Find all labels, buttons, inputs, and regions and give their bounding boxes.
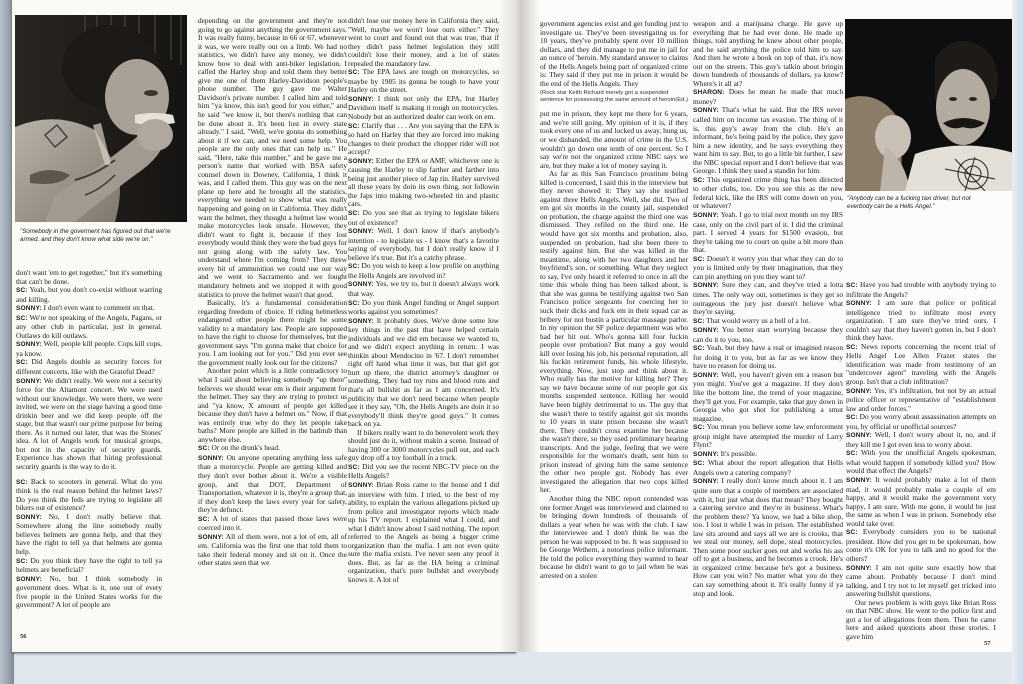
dialogue-paragraph: SONNY: Brian Ross came to the house and … (348, 481, 499, 585)
paragraph-text: As far as this San Francisco prostitute … (540, 169, 688, 494)
paragraph-text: Or on the drunk's head. (210, 443, 280, 452)
paragraph-text: That's what he said. But the IRS never c… (693, 105, 843, 175)
speaker-label: SONNY: (348, 158, 374, 165)
speaker-label: SONNY: (198, 534, 224, 541)
photo-mustache-man (845, 19, 1017, 191)
paragraph: don't want 'em to get together," but it'… (16, 269, 162, 286)
speaker-label: SONNY: (846, 477, 872, 484)
editor-note: (Rock star Keith Richard merely got a su… (540, 90, 688, 104)
speaker-label: SC: (348, 69, 360, 76)
dialogue-paragraph: SC: Have you had trouble with anybody tr… (846, 281, 996, 299)
speaker-label: SONNY: (693, 327, 719, 334)
speaker-label: SC: (846, 529, 858, 536)
paragraph: weapon and a marijuana charge. He gave u… (693, 20, 843, 88)
speaker-label: SC: (198, 445, 210, 452)
speaker-label: SC: (348, 210, 360, 217)
page-number-right: 57 (984, 640, 991, 647)
speaker-label: SC: (846, 282, 858, 289)
photo-caption-left: "Somebody in the goverment has figured o… (20, 228, 190, 243)
paragraph-text: What about the report allegation that He… (693, 458, 843, 477)
speaker-label: SC: (846, 414, 858, 421)
speaker-label: SC: (693, 460, 705, 467)
photo-tattooed-man (15, 15, 187, 222)
paragraph-text: Doesn't it worry you that what they can … (693, 254, 843, 281)
dialogue-paragraph: SONNY: No, I don't really believe that. … (16, 513, 162, 557)
paragraph-text: Yeah, but you don't co-exist without war… (16, 285, 162, 304)
dialogue-paragraph: SC: The EPA laws are tough on motorcycle… (348, 68, 499, 95)
dialogue-paragraph: SC: Did Angels double as security forces… (16, 358, 162, 376)
dialogue-paragraph: SONNY: We didn't really. We were not a s… (16, 377, 162, 472)
paragraph-text: Clarify that . . . Are you saying that t… (348, 121, 499, 157)
dialogue-paragraph: SONNY: You better start worrying because… (693, 326, 843, 344)
dialogue-paragraph: SONNY: Well, people kill people. Cops ki… (16, 340, 162, 358)
speaker-label: SONNY: (348, 318, 374, 325)
dialogue-paragraph: SC: Yeah, but they have a real or imagin… (693, 344, 843, 371)
speaker-label: SHARON: (693, 89, 724, 96)
speaker-label: SONNY: (846, 300, 872, 307)
paragraph: Our news problem is with guys like Brian… (846, 599, 996, 642)
paragraph-text: It probably does. We've done some low ke… (348, 316, 499, 429)
speaker-label: SC: (16, 315, 28, 322)
dialogue-paragraph: SC: This organized crime thing has been … (693, 176, 843, 211)
dialogue-paragraph: SONNY: No, but I think somebody in gover… (16, 575, 162, 610)
paragraph-text: don't want 'em to get together," but it'… (16, 268, 162, 286)
speaker-label: SC: (693, 177, 705, 184)
paragraph-text: It's possible. (719, 449, 757, 458)
photo-mustache-man-image (845, 19, 1017, 191)
paragraph: If bikers really want to do benevolent w… (348, 429, 499, 463)
paragraph-text: weapon and a marijuana charge. He gave u… (693, 19, 843, 88)
dialogue-paragraph: SONNY: I am sure that police or politica… (846, 299, 996, 343)
speaker-label: SC: (693, 318, 705, 325)
paragraph-text: News reports concerning the recent trial… (846, 342, 996, 386)
speaker-label: SONNY: (16, 514, 42, 521)
speaker-label: SC: (348, 464, 360, 471)
paragraph-text: put me in prison, they kept me there for… (540, 109, 688, 169)
speaker-label: SONNY: (348, 228, 374, 235)
dialogue-paragraph: SONNY: Yes, we try to, but it doesn't al… (348, 280, 499, 298)
speaker-label: SONNY: (16, 341, 42, 348)
right-column-3: SC: Have you had trouble with anybody tr… (846, 281, 996, 641)
speaker-label: SC: (693, 345, 705, 352)
dialogue-paragraph: SONNY: That's what he said. But the IRS … (693, 106, 843, 175)
paragraph-text: This organized crime thing has been dire… (693, 175, 843, 211)
paragraph-text: I don't even want to comment on that. (42, 303, 155, 312)
paragraph-text: Everybody considers you to be national p… (846, 527, 996, 563)
paragraph-text: Do you think they have the right to tell… (16, 556, 162, 575)
page-edge-right (1012, 0, 1024, 684)
paragraph-text: Do you worry about assassination attempt… (846, 412, 996, 431)
paragraph-text: On anyone operating anything less safe t… (198, 453, 347, 514)
dialogue-paragraph: SHARON: Does he mean he made that much m… (693, 88, 843, 106)
paragraph-text: Back to scooters in general. What do you… (16, 477, 162, 513)
dialogue-paragraph: SC: With you the unofficial Angels spoke… (846, 449, 996, 476)
paragraph-text: You mean you believe some law enforcemen… (693, 422, 843, 449)
paragraph-text: Basically, it's a fundamental considerat… (198, 298, 347, 367)
paragraph-text: Did Angels double as security forces for… (16, 357, 162, 376)
dialogue-paragraph: SONNY: Sure they can, and they've tried … (693, 281, 843, 316)
speaker-label: SONNY: (16, 305, 42, 312)
speaker-label: SC: (693, 256, 705, 263)
speaker-label: SC: (846, 344, 858, 351)
dialogue-paragraph: SC: Doesn't it worry you that what they … (693, 255, 843, 282)
speaker-label: SC: (16, 479, 28, 486)
dialogue-paragraph: SONNY: Well, I don't know if that's anyb… (348, 227, 499, 262)
left-column-3: didn't lose our money here in California… (348, 17, 499, 585)
dialogue-paragraph: SONNY: Well, you haven't given em a reas… (693, 371, 843, 423)
magazine-spread: "Somebody in the goverment has figured o… (0, 0, 1024, 684)
page-number-left: 56 (20, 633, 27, 640)
right-column-1: government agencies exist and get fundin… (540, 20, 688, 580)
paragraph-text: Yeah, but they have a real or imagined r… (693, 343, 843, 370)
dialogue-paragraph: SONNY: It probably does. We've done some… (348, 317, 499, 429)
paragraph-text: Did you see the recent NBC-TV piece on t… (348, 462, 499, 481)
dialogue-paragraph: SC: Yeah, but you don't co-exist without… (16, 286, 162, 304)
speaker-label: SONNY: (348, 96, 374, 103)
left-column-1: don't want 'em to get together," but it'… (16, 269, 162, 610)
dialogue-paragraph: SONNY: Either the EPA or AMF, whichever … (348, 157, 499, 209)
left-column-2: depending on the government and they're … (198, 17, 347, 568)
speaker-label: SC: (348, 263, 360, 270)
paragraph-text: Have you had trouble with anybody trying… (846, 280, 996, 299)
speaker-label: SC: (16, 558, 28, 565)
paragraph-text: The EPA laws are tough on motorcycles, s… (348, 67, 499, 94)
speaker-label: SC: (846, 450, 858, 457)
dialogue-paragraph: SONNY: Well, I don't worry about it, no,… (846, 431, 996, 449)
paragraph-text: With you the unofficial Angels spokesman… (846, 448, 996, 475)
speaker-label: SONNY: (348, 281, 374, 288)
paragraph-text: Do you think Angel funding or Angel supp… (348, 298, 499, 317)
dialogue-paragraph: SONNY: Yeah. I go to trial next month on… (693, 211, 843, 255)
speaker-label: SONNY: (846, 388, 872, 395)
dialogue-paragraph: SONNY: I am not quite sure exactly how t… (846, 564, 996, 599)
dialogue-paragraph: SC: Do you think they have the right to … (16, 557, 162, 575)
paragraph: put me in prison, they kept me there for… (540, 110, 688, 170)
dialogue-paragraph: SC: Do you think Angel funding or Angel … (348, 299, 499, 317)
speaker-label: SONNY: (198, 455, 224, 462)
dialogue-paragraph: SC: News reports concerning the recent t… (846, 343, 996, 387)
dialogue-paragraph: SC: You mean you believe some law enforc… (693, 423, 843, 450)
dialogue-paragraph: SC: Do you wish to keep a low profile on… (348, 262, 499, 280)
paragraph-text: I really don't know much about it. I am … (693, 476, 843, 597)
page-56: "Somebody in the goverment has figured o… (12, 0, 516, 653)
paragraph: As far as this San Francisco prostitute … (540, 170, 688, 495)
paragraph-text: Do you see that as trying to legislate b… (348, 208, 499, 227)
dialogue-paragraph: SC: We're not speaking of the Angels, Pa… (16, 314, 162, 341)
speaker-label: SONNY: (693, 372, 719, 379)
dialogue-paragraph: SC: What about the report allegation tha… (693, 459, 843, 477)
dialogue-paragraph: SONNY: Yes, it's infiltration, but not b… (846, 387, 996, 414)
paragraph-text: We're not speaking of the Angels, Pagans… (16, 313, 162, 340)
paragraph-text: didn't lose our money here in California… (348, 16, 499, 68)
paragraph: Another thing the NBC report contended w… (540, 495, 688, 580)
dialogue-paragraph: SC: A lot of states that passed those la… (198, 515, 347, 533)
paragraph-text: That would worry us a hell of a lot. (705, 316, 811, 325)
paragraph: depending on the government and they're … (198, 17, 347, 299)
dialogue-paragraph: SONNY: It would probably make a lot of t… (846, 476, 996, 528)
dialogue-paragraph: SONNY: I think not only the EPA, but Har… (348, 95, 499, 122)
paragraph-text: Another point which is a little contradi… (198, 366, 347, 443)
speaker-label: SONNY: (693, 478, 719, 485)
speaker-label: SONNY: (846, 565, 872, 572)
speaker-label: SONNY: (693, 107, 719, 114)
dialogue-paragraph: SC: Do you see that as trying to legisla… (348, 209, 499, 227)
dialogue-paragraph: SONNY: I really don't know much about it… (693, 477, 843, 598)
dialogue-paragraph: SC: Clarify that . . . Are you saying th… (348, 122, 499, 157)
dialogue-paragraph: SC: Do you worry about assassination att… (846, 413, 996, 431)
paragraph-text: A lot of states that passed those laws w… (198, 514, 347, 533)
paragraph: Basically, it's a fundamental considerat… (198, 299, 347, 367)
paragraph: government agencies exist and get fundin… (540, 20, 688, 88)
speaker-label: SONNY: (348, 482, 374, 489)
photo-caption-right: "Anybody can be a fucking taxi driver, b… (847, 195, 997, 210)
speaker-label: SC: (16, 359, 28, 366)
paragraph-text: Do you wish to keep a low profile on any… (348, 261, 499, 280)
paragraph-text: We didn't really. We were not a security… (16, 376, 162, 471)
dialogue-paragraph: SONNY: On anyone operating anything less… (198, 454, 347, 515)
speaker-label: SC: (198, 516, 210, 523)
paragraph: Another point which is a little contradi… (198, 367, 347, 444)
paragraph-text: Brian Ross came to the house and I did a… (348, 480, 499, 584)
dialogue-paragraph: SC: Everybody considers you to be nation… (846, 528, 996, 563)
speaker-label: SONNY: (693, 282, 719, 289)
paragraph-text: depending on the government and they're … (198, 16, 347, 299)
paragraph-text: If bikers really want to do benevolent w… (348, 428, 499, 463)
speaker-label: SONNY: (16, 378, 42, 385)
speaker-label: SONNY: (846, 432, 872, 439)
speaker-label: SC: (16, 287, 28, 294)
paragraph-text: Our news problem is with guys like Brian… (846, 598, 996, 641)
page-57: government agencies exist and get fundin… (510, 0, 1016, 652)
speaker-label: SONNY: (16, 576, 42, 583)
dialogue-paragraph: SC: Did you see the recent NBC-TV piece … (348, 463, 499, 481)
right-column-2: weapon and a marijuana charge. He gave u… (693, 20, 843, 598)
dialogue-paragraph: SONNY: All of them were, not a lot of em… (198, 533, 347, 568)
speaker-label: SC: (348, 300, 360, 307)
speaker-label: SONNY: (693, 451, 719, 458)
dialogue-paragraph: SC: Back to scooters in general. What do… (16, 478, 162, 513)
speaker-label: SC: (693, 424, 705, 431)
paragraph-text: Another thing the NBC report contended w… (540, 494, 688, 580)
paragraph: didn't lose our money here in California… (348, 17, 499, 68)
speaker-label: SONNY: (693, 212, 719, 219)
speaker-label: SC: (348, 123, 360, 130)
photo-tattooed-man-image (15, 15, 187, 222)
